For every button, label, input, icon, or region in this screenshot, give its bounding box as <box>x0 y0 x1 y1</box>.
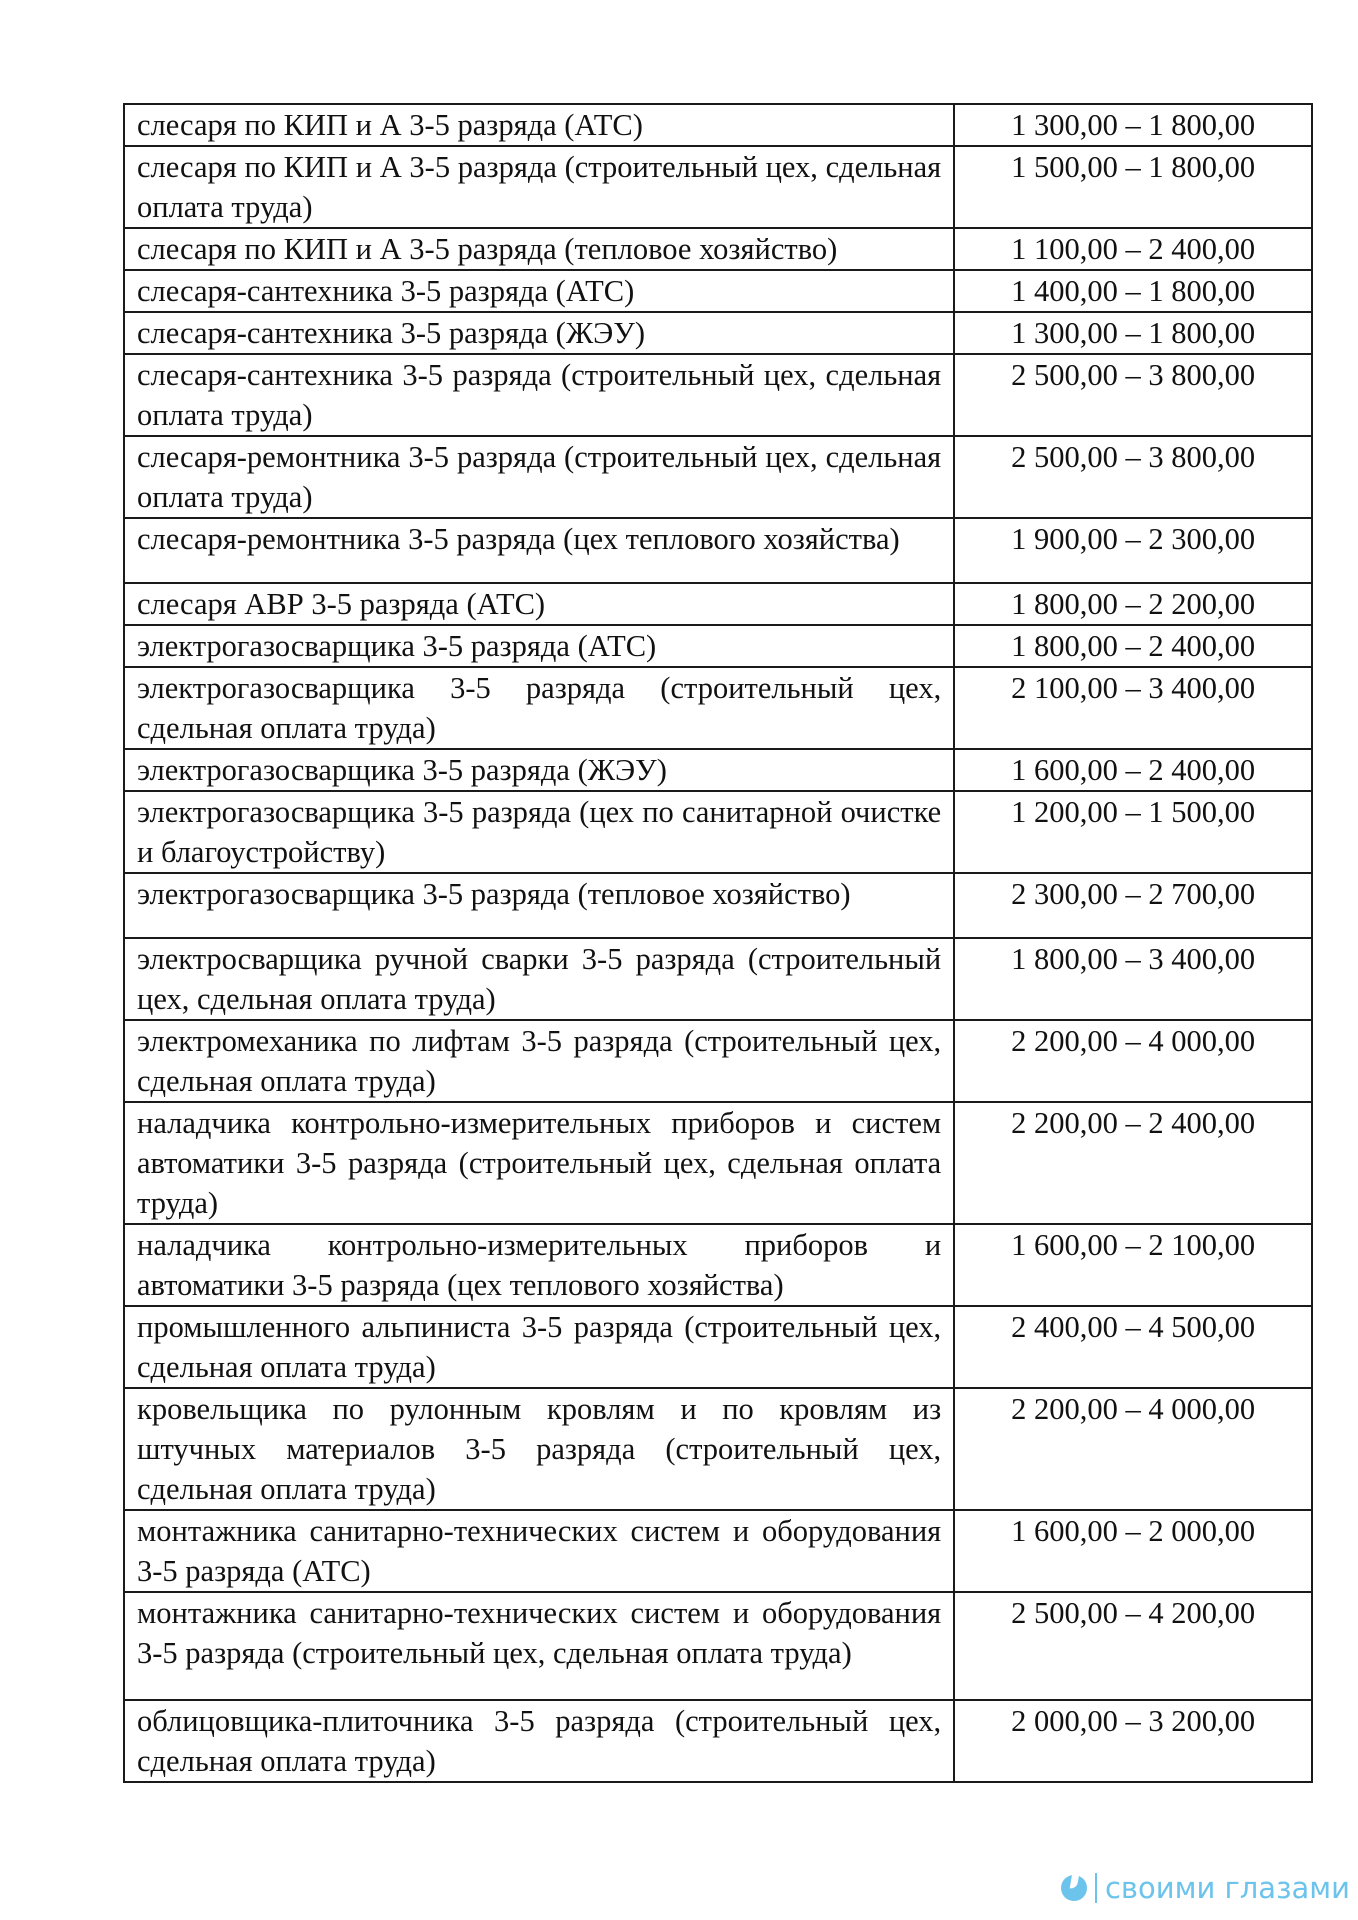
position-description: электромеханика по лифтам 3-5 разряда (с… <box>124 1020 954 1102</box>
position-description: наладчика контрольно-измерительных прибо… <box>124 1224 954 1306</box>
table-row: электрогазосварщика 3-5 разряда (АТС)1 8… <box>124 625 1312 667</box>
position-description: слесаря-ремонтника 3-5 разряда (цех тепл… <box>124 518 954 583</box>
table-row: слесаря по КИП и А 3-5 разряда (строител… <box>124 146 1312 228</box>
table-row: облицовщика-плиточника 3-5 разряда (стро… <box>124 1700 1312 1782</box>
salary-range: 1 400,00 – 1 800,00 <box>954 270 1312 312</box>
table-row: слесаря по КИП и А 3-5 разряда (тепловое… <box>124 228 1312 270</box>
salary-range: 2 500,00 – 3 800,00 <box>954 354 1312 436</box>
salary-range: 1 500,00 – 1 800,00 <box>954 146 1312 228</box>
table-row: слесаря-ремонтника 3-5 разряда (цех тепл… <box>124 518 1312 583</box>
position-description: слесаря-сантехника 3-5 разряда (ЖЭУ) <box>124 312 954 354</box>
position-description: наладчика контрольно-измерительных прибо… <box>124 1102 954 1224</box>
table-row: слесаря-ремонтника 3-5 разряда (строител… <box>124 436 1312 518</box>
salary-range: 2 300,00 – 2 700,00 <box>954 873 1312 938</box>
watermark-divider <box>1095 1873 1097 1903</box>
salary-range: 2 500,00 – 4 200,00 <box>954 1592 1312 1700</box>
table-row: электрогазосварщика 3-5 разряда (ЖЭУ)1 6… <box>124 749 1312 791</box>
position-description: электрогазосварщика 3-5 разряда (АТС) <box>124 625 954 667</box>
position-description: монтажника санитарно-технических систем … <box>124 1592 954 1700</box>
position-description: электрогазосварщика 3-5 разряда (строите… <box>124 667 954 749</box>
table-row: электромеханика по лифтам 3-5 разряда (с… <box>124 1020 1312 1102</box>
salary-range: 1 900,00 – 2 300,00 <box>954 518 1312 583</box>
position-description: облицовщика-плиточника 3-5 разряда (стро… <box>124 1700 954 1782</box>
salary-range: 1 600,00 – 2 400,00 <box>954 749 1312 791</box>
salary-range: 2 400,00 – 4 500,00 <box>954 1306 1312 1388</box>
watermark: своими глазами <box>1061 1864 1350 1912</box>
salary-range: 1 200,00 – 1 500,00 <box>954 791 1312 873</box>
salary-range: 2 200,00 – 4 000,00 <box>954 1020 1312 1102</box>
salary-range: 1 300,00 – 1 800,00 <box>954 104 1312 146</box>
salary-range: 2 100,00 – 3 400,00 <box>954 667 1312 749</box>
salary-range: 1 300,00 – 1 800,00 <box>954 312 1312 354</box>
table-row: электросварщика ручной сварки 3-5 разряд… <box>124 938 1312 1020</box>
position-description: кровельщика по рулонным кровлям и по кро… <box>124 1388 954 1510</box>
table-row: слесаря-сантехника 3-5 разряда (ЖЭУ)1 30… <box>124 312 1312 354</box>
position-description: электрогазосварщика 3-5 разряда (теплово… <box>124 873 954 938</box>
position-description: слесаря-сантехника 3-5 разряда (АТС) <box>124 270 954 312</box>
position-description: слесаря АВР 3-5 разряда (АТС) <box>124 583 954 625</box>
table-row: слесаря АВР 3-5 разряда (АТС)1 800,00 – … <box>124 583 1312 625</box>
salary-range: 2 200,00 – 2 400,00 <box>954 1102 1312 1224</box>
position-description: промышленного альпиниста 3-5 разряда (ст… <box>124 1306 954 1388</box>
salary-range: 1 800,00 – 2 400,00 <box>954 625 1312 667</box>
salary-range: 1 600,00 – 2 100,00 <box>954 1224 1312 1306</box>
position-description: слесаря по КИП и А 3-5 разряда (тепловое… <box>124 228 954 270</box>
rates-table: слесаря по КИП и А 3-5 разряда (АТС)1 30… <box>123 103 1313 1783</box>
table-row: слесаря-сантехника 3-5 разряда (АТС)1 40… <box>124 270 1312 312</box>
table-row: наладчика контрольно-измерительных прибо… <box>124 1224 1312 1306</box>
position-description: слесаря-ремонтника 3-5 разряда (строител… <box>124 436 954 518</box>
table-row: электрогазосварщика 3-5 разряда (теплово… <box>124 873 1312 938</box>
position-description: электрогазосварщика 3-5 разряда (ЖЭУ) <box>124 749 954 791</box>
salary-range: 1 800,00 – 3 400,00 <box>954 938 1312 1020</box>
table-row: слесаря по КИП и А 3-5 разряда (АТС)1 30… <box>124 104 1312 146</box>
table-row: монтажника санитарно-технических систем … <box>124 1592 1312 1700</box>
table-row: промышленного альпиниста 3-5 разряда (ст… <box>124 1306 1312 1388</box>
salary-range: 2 500,00 – 3 800,00 <box>954 436 1312 518</box>
salary-range: 2 000,00 – 3 200,00 <box>954 1700 1312 1782</box>
position-description: слесаря-сантехника 3-5 разряда (строител… <box>124 354 954 436</box>
position-description: электросварщика ручной сварки 3-5 разряд… <box>124 938 954 1020</box>
position-description: электрогазосварщика 3-5 разряда (цех по … <box>124 791 954 873</box>
salary-range: 1 800,00 – 2 200,00 <box>954 583 1312 625</box>
table-row: кровельщика по рулонным кровлям и по кро… <box>124 1388 1312 1510</box>
table-row: электрогазосварщика 3-5 разряда (цех по … <box>124 791 1312 873</box>
table-row: слесаря-сантехника 3-5 разряда (строител… <box>124 354 1312 436</box>
salary-range: 1 600,00 – 2 000,00 <box>954 1510 1312 1592</box>
watermark-text: своими глазами <box>1105 1871 1350 1905</box>
position-description: слесаря по КИП и А 3-5 разряда (АТС) <box>124 104 954 146</box>
salary-range: 2 200,00 – 4 000,00 <box>954 1388 1312 1510</box>
table-row: наладчика контрольно-измерительных прибо… <box>124 1102 1312 1224</box>
position-description: монтажника санитарно-технических систем … <box>124 1510 954 1592</box>
document-page: слесаря по КИП и А 3-5 разряда (АТС)1 30… <box>0 0 1358 1920</box>
table-row: монтажника санитарно-технических систем … <box>124 1510 1312 1592</box>
drop-logo-icon <box>1061 1875 1087 1901</box>
table-row: электрогазосварщика 3-5 разряда (строите… <box>124 667 1312 749</box>
position-description: слесаря по КИП и А 3-5 разряда (строител… <box>124 146 954 228</box>
salary-range: 1 100,00 – 2 400,00 <box>954 228 1312 270</box>
